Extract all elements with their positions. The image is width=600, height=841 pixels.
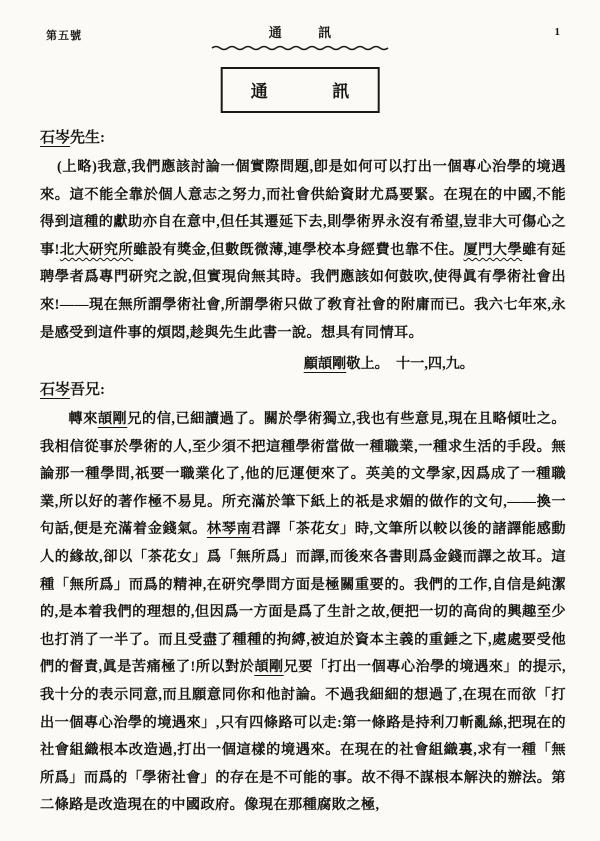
text-run: 吾兄: [70,382,105,398]
text-run: 敬上。 [346,356,381,372]
proper-noun-mark-solid: 顧頡剛 [304,356,347,372]
letter-1-salutation: 石岑先生: [40,124,566,152]
letter-2-salutation: 石岑吾兄: [40,376,566,404]
text-run: 兄要「打出一個專心治學的境遇來」的提示,我十分的表示同意,而且願意同你和他討論。… [40,659,566,813]
issue-label: 第五號 [46,27,82,43]
text-run: 雖設有獎金,但數旣微薄,連學校本身經費也靠不住。 [133,242,463,258]
text-run: 君譯「茶花女」時,文筆所以較以後的諸譯能感動人的緣故,卻以「茶花女」爲「無所爲」… [40,521,566,675]
letter-2: 石岑吾兄: 轉來頡剛兄的信,已細讀過了。關於學術獨立,我也有些意見,現在且略傾吐… [40,376,566,820]
section-title-box: 通 訊 [221,67,380,113]
letter-1-signature-line: 顧頡剛敬上。 十一,四,九。 [40,349,566,379]
page-number: 1 [555,26,561,38]
text-run: 轉來 [68,411,97,427]
running-title: 通 訊 [269,22,343,41]
proper-noun-mark-solid: 林琴南 [207,521,251,537]
proper-noun-mark-solid: 石岑 [40,382,70,398]
letter-1: 石岑先生: (上略)我意,我們應該討論一個實際問題,卽是如何可以打出一個專心治學… [40,124,566,379]
text-run: 先生: [70,130,105,146]
section-title: 通 訊 [251,77,373,102]
letter-2-body: 轉來頡剛兄的信,已細讀過了。關於學術獨立,我也有些意見,現在且略傾吐之。我相信從… [40,406,566,820]
proper-noun-mark-wavy: 厦門大學 [463,242,522,258]
wavy-rule [211,44,389,52]
scanned-document-page: 第五號 通 訊 1 通 訊 石岑先生: (上略)我意,我們應該討論一個實際問題,… [0,0,600,841]
running-head: 通 訊 [200,22,400,52]
proper-noun-mark-solid: 頡剛 [254,659,283,675]
text-run: 兄的信,已細讀過了。關於學術獨立,我也有些意見,現在且略傾吐之。我相信從事於學術… [40,411,566,537]
letter-1-body: (上略)我意,我們應該討論一個實際問題,卽是如何可以打出一個專心治學的境遇來。這… [40,154,566,347]
proper-noun-mark-wavy: 北大研究所 [60,242,133,258]
text-run: 十一,四,九。 [382,356,474,372]
proper-noun-mark-solid: 石岑 [40,130,70,146]
proper-noun-mark-solid: 頡剛 [98,411,127,427]
